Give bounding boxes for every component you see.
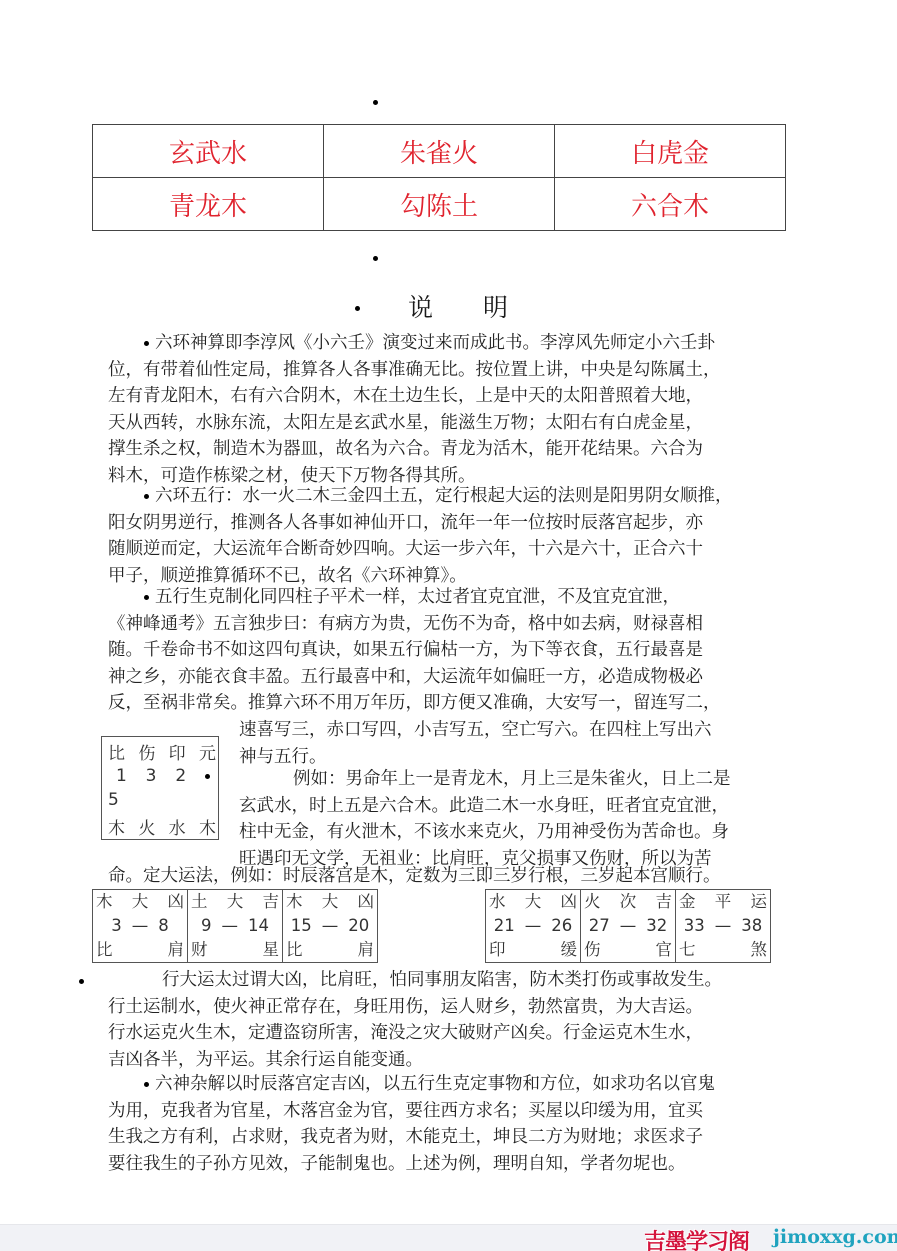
gods-row: 比 伤 印 元 (108, 739, 216, 764)
paragraph-five-elements: 六环五行：水一火二木三金四土五，定行根起大运的法则是阳男阴女顺推， 阳女阴男逆行… (108, 483, 778, 589)
paragraph-luck-analysis: 行大运太过谓大凶，比肩旺，怕同事朋友陷害，防木类打伤或事故发生。 行土运制水，使… (108, 967, 788, 1073)
table-cell: 勾陈土 (324, 178, 555, 231)
text-line: 神之乡，亦能衣食丰盈。五行最喜中和，大运流年如偏旺一方，必造成物极必 (108, 664, 778, 691)
table-cell: 白虎金 (555, 125, 786, 178)
bullet-dot (144, 494, 149, 499)
four-pillars-chart: 比 伤 印 元 1 3 2 5 木 火 水 木 (101, 736, 219, 840)
table-row: 青龙木 勾陈土 六合木 (93, 178, 786, 231)
bullet-dot (144, 341, 149, 346)
text-line: 随。千卷命书不如这四句真诀，如果五行偏枯一方，为下等衣食，五行最喜是 (108, 637, 778, 664)
bullet-dot (144, 595, 149, 600)
text-line: 随顺逆而定，大运流年合断奇妙四响。大运一步六年，十六是六十，正合六十 (108, 536, 778, 563)
elements-row: 木 火 水 木 (108, 814, 216, 839)
luck-periods-table-right: 水大凶 21—26 印缓 火次吉 27—32 伤官 金平运 33—38 七煞 (485, 889, 771, 963)
footer-bar (0, 1224, 897, 1251)
numbers-row-wrap: 5 (108, 790, 216, 810)
paragraph-six-gods-explanation: 六神杂解以时辰落宫定吉凶，以五行生克定事物和方位，如求功名以官鬼 为用，克我者为… (108, 1071, 778, 1177)
luck-periods-table-left: 木大凶 3—8 比肩 土大吉 9—14 财星 木大凶 15—20 比肩 (92, 889, 378, 963)
luck-period-cell: 水大凶 21—26 印缓 (486, 890, 581, 963)
numbers-row: 1 3 2 (116, 766, 210, 786)
text-line: 生我之方有利，占求财，我克者为财，木能克土，坤艮二方为财地；求医求子 (108, 1124, 778, 1151)
luck-period-cell: 木大凶 15—20 比肩 (283, 890, 378, 963)
paragraph-example: 例如：男命年上一是青龙木，月上三是朱雀火，日上二是 玄武水，时上五是六合木。此造… (239, 766, 779, 872)
text-line: 六神杂解以时辰落宫定吉凶，以五行生克定事物和方位，如求功名以官鬼 (108, 1071, 778, 1098)
paragraph-write-gods: 速喜写三，赤口写四，小吉写五，空亡写六。在四柱上写出六 神与五行。 (239, 717, 779, 770)
text-line: 吉凶各半，为平运。其余行运自能变通。 (108, 1047, 788, 1074)
text-line: 例如：男命年上一是青龙木，月上三是朱雀火，日上二是 (239, 766, 779, 793)
text-line: 反，至祸非常矣。推算六环不用万年历，即方便又准确，大安写一，留连写二， (108, 690, 778, 717)
luck-period-cell: 土大吉 9—14 财星 (188, 890, 283, 963)
table-cell: 青龙木 (93, 178, 324, 231)
paragraph-generation: 五行生克制化同四柱子平术一样，太过者宜克宜泄，不及宜克宜泄， 《神峰通考》五言独… (108, 584, 778, 717)
text-line: 玄武水，时上五是六合木。此造二木一水身旺，旺者宜克宜泄， (239, 793, 779, 820)
bullet-dot (79, 979, 84, 984)
text-line: 为用，克我者为官星，木落宫金为官，要往西方求名；买屋以印缓为用，宜买 (108, 1098, 778, 1125)
text-line: 《神峰通考》五言独步曰：有病方为贵，无伤不为奇，格中如去病，财禄喜相 (108, 611, 778, 638)
bullet-dot (373, 100, 378, 105)
text-line: 天从西转，水脉东流，太阳左是玄武水星，能滋生万物；太阳右有白虎金星， (108, 410, 778, 437)
section-title: 说明 (408, 288, 558, 324)
luck-period-cell: 木大凶 3—8 比肩 (93, 890, 188, 963)
text-line: 要往我生的子孙方见效，子能制鬼也。上述为例，理明自知，学者勿坭也。 (108, 1151, 778, 1178)
text-line: 六环神算即李淳风《小六壬》演变过来而成此书。李淳风先师定小六壬卦 (108, 330, 778, 357)
text-line: 柱中无金，有火泄木，不该水来克火，乃用神受伤为苦命也。身 (239, 819, 779, 846)
luck-period-cell: 火次吉 27—32 伤官 (581, 890, 676, 963)
text-line: 行大运太过谓大凶，比肩旺，怕同事朋友陷害，防木类打伤或事故发生。 (108, 967, 788, 994)
text-line: 位，有带着仙性定局，推算各人各事准确无比。按位置上讲，中央是勾陈属土， (108, 357, 778, 384)
text-line: 命。定大运法，例如：时辰落宫是木，定数为三即三岁行根，三岁起本宫顺行。 (108, 863, 788, 890)
table-cell: 六合木 (555, 178, 786, 231)
text-line: 五行生克制化同四柱子平术一样，太过者宜克宜泄，不及宜克宜泄， (108, 584, 778, 611)
watermark-logo-text: 吉墨学习阁 (644, 1225, 749, 1251)
watermark-domain: jimoxxg.com (773, 1226, 897, 1248)
bullet-dot (205, 774, 210, 779)
text-line: 阳女阴男逆行，推测各人各事如神仙开口，流年一年一位按时辰落宫起步，亦 (108, 510, 778, 537)
text-line: 六环五行：水一火二木三金四土五，定行根起大运的法则是阳男阴女顺推， (108, 483, 778, 510)
six-gods-table: 玄武水 朱雀火 白虎金 青龙木 勾陈土 六合木 (92, 124, 786, 231)
table-cell: 朱雀火 (324, 125, 555, 178)
text-line: 速喜写三，赤口写四，小吉写五，空亡写六。在四柱上写出六 (239, 717, 779, 744)
bullet-dot (144, 1082, 149, 1087)
text-line: 撑生杀之权，制造木为器皿，故名为六合。青龙为活木，能开花结果。六合为 (108, 436, 778, 463)
text-line: 左有青龙阳木，右有六合阴木，木在土边生长，上是中天的太阳普照着大地， (108, 383, 778, 410)
bullet-dot (355, 306, 360, 311)
text-line: 行水运克火生木，定遭盗窃所害，淹没之灾大破财产凶矣。行金运克木生水， (108, 1020, 788, 1047)
paragraph-intro: 六环神算即李淳风《小六壬》演变过来而成此书。李淳风先师定小六壬卦 位，有带着仙性… (108, 330, 778, 490)
table-cell: 玄武水 (93, 125, 324, 178)
luck-period-cell: 金平运 33—38 七煞 (676, 890, 771, 963)
text-line: 行土运制水，使火神正常存在，身旺用伤，运人财乡，勃然富贵，为大吉运。 (108, 994, 788, 1021)
bullet-dot (373, 256, 378, 261)
table-row: 玄武水 朱雀火 白虎金 (93, 125, 786, 178)
